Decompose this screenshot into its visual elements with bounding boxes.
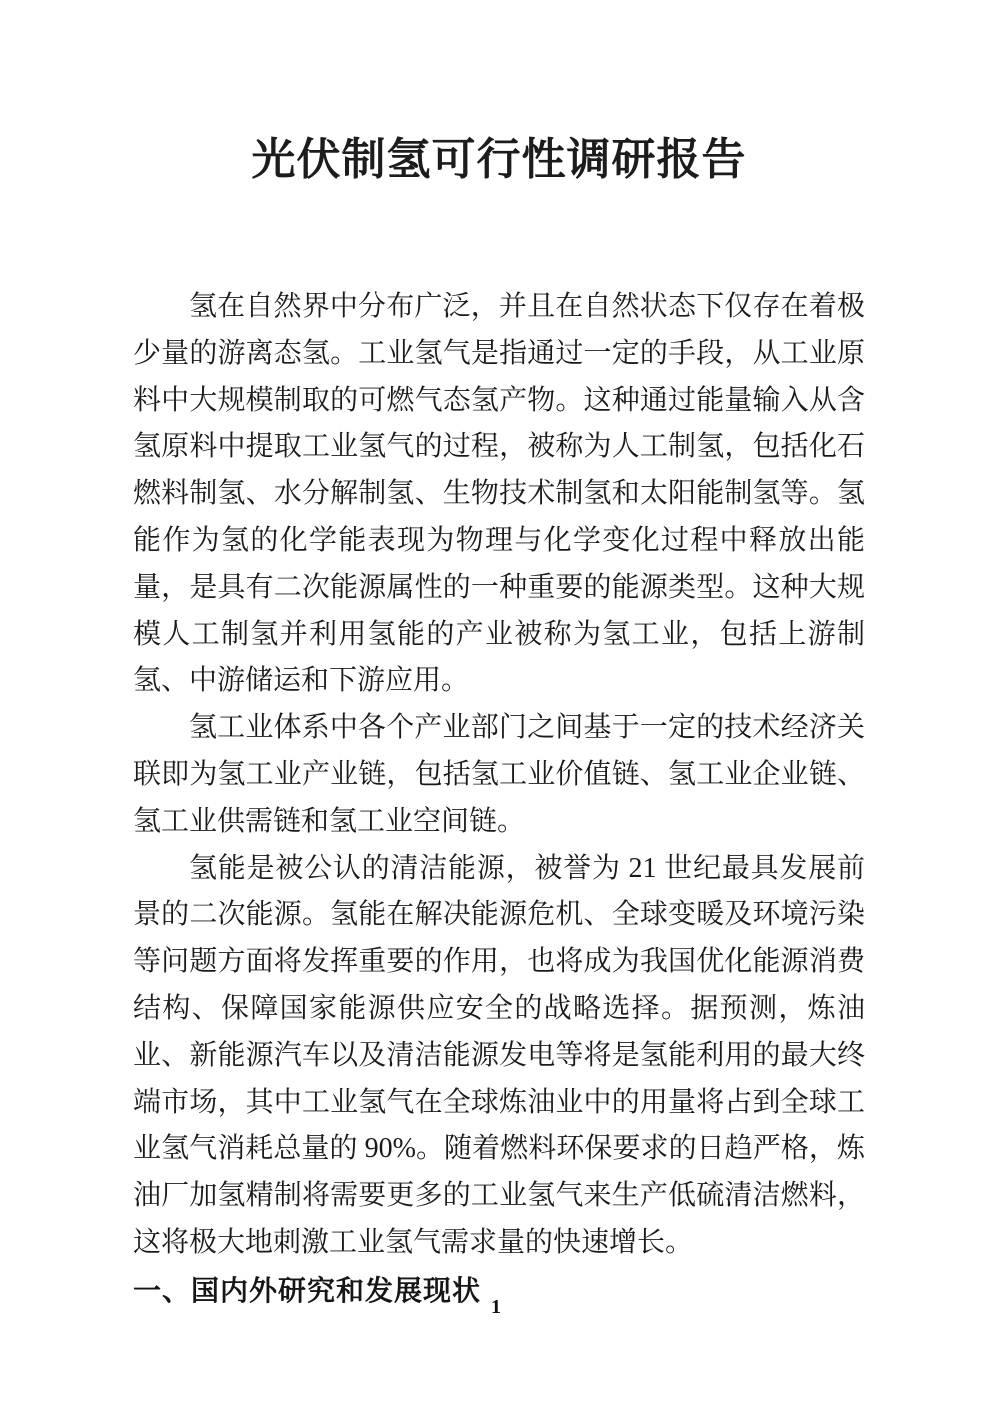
document-page: 光伏制氢可行性调研报告 氢在自然界中分布广泛，并且在自然状态下仅存在着极少量的游… <box>0 0 992 1403</box>
document-body: 氢在自然界中分布广泛，并且在自然状态下仅存在着极少量的游离态氢。工业氢气是指通过… <box>133 284 865 1267</box>
body-paragraph-3: 氢能是被公认的清洁能源，被誉为 21 世纪最具发展前景的二次能源。氢能在解决能源… <box>133 846 865 1267</box>
page-number: 1 <box>491 1296 501 1318</box>
body-paragraph-2: 氢工业体系中各个产业部门之间基于一定的技术经济关联即为氢工业产业链，包括氢工业价… <box>133 705 865 845</box>
page-footer: 1 <box>133 1296 859 1319</box>
body-paragraph-1: 氢在自然界中分布广泛，并且在自然状态下仅存在着极少量的游离态氢。工业氢气是指通过… <box>133 284 865 705</box>
document-title: 光伏制氢可行性调研报告 <box>133 136 865 184</box>
